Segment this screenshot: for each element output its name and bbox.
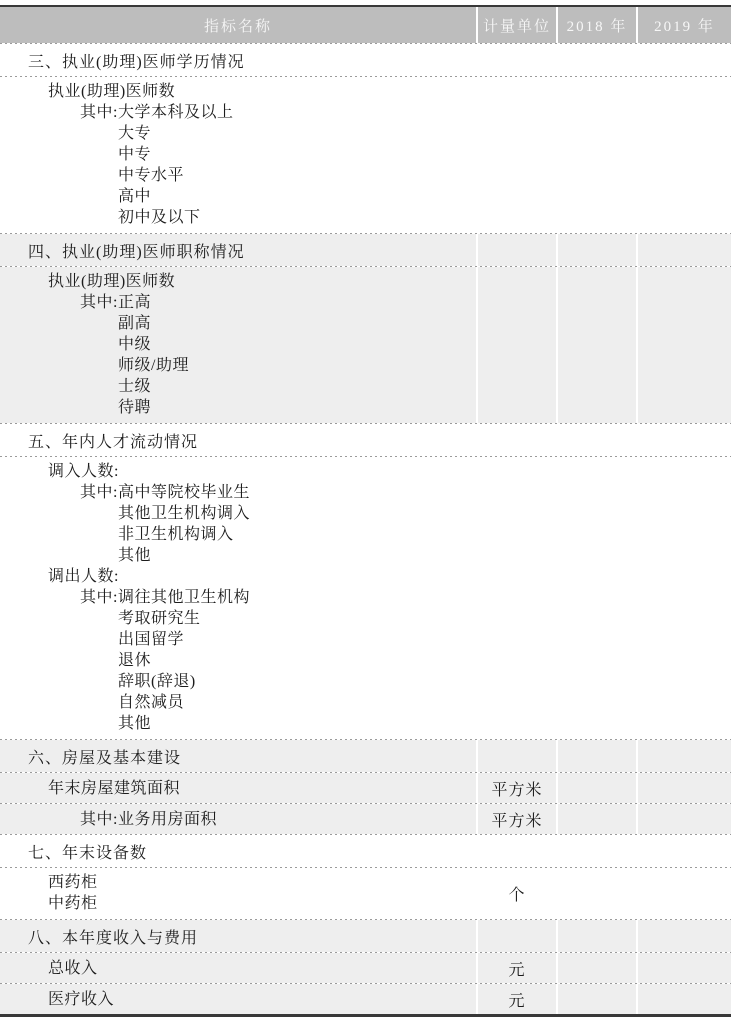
value-cell-2018 xyxy=(558,77,636,233)
unit-cell xyxy=(478,740,556,772)
header-cell-indicator-name: 指标名称 xyxy=(0,7,476,43)
indicator-line: 年末房屋建筑面积 xyxy=(0,778,180,799)
value-cell-2019 xyxy=(638,920,731,952)
section-title-row: 三、执业(助理)医师学历情况 xyxy=(0,44,731,76)
section-title-text: 五、年内人才流动情况 xyxy=(28,429,198,452)
indicator-line: 中专 xyxy=(0,144,476,165)
section-title-row: 四、执业(助理)医师职称情况 xyxy=(0,234,731,266)
section-title-cell: 五、年内人才流动情况 xyxy=(0,424,476,456)
value-cell-2019 xyxy=(638,457,731,739)
value-cell-2018 xyxy=(558,920,636,952)
value-cell-2019 xyxy=(638,804,731,834)
indicator-line: 其中:正高 xyxy=(0,292,476,313)
unit-text: 个 xyxy=(508,882,525,905)
indicator-cell: 年末房屋建筑面积 xyxy=(0,773,476,803)
section-title-cell: 七、年末设备数 xyxy=(0,835,476,867)
value-cell-2018 xyxy=(558,267,636,423)
value-cell-2019 xyxy=(638,953,731,983)
header-label: 2018 年 xyxy=(567,15,628,36)
indicator-cell: 调入人数:其中:高中等院校毕业生其他卫生机构调入非卫生机构调入其他调出人数:其中… xyxy=(0,457,476,739)
unit-cell: 个 xyxy=(478,868,556,919)
indicator-line: 辞职(辞退) xyxy=(0,671,476,692)
value-cell-2018 xyxy=(558,953,636,983)
section-title-cell: 三、执业(助理)医师学历情况 xyxy=(0,44,476,76)
unit-cell: 元 xyxy=(478,953,556,983)
indicator-line: 其他 xyxy=(0,545,476,566)
unit-cell xyxy=(478,424,556,456)
indicator-line: 其中:高中等院校毕业生 xyxy=(0,482,476,503)
indicator-line: 执业(助理)医师数 xyxy=(0,271,476,292)
unit-cell xyxy=(478,77,556,233)
header-cell-unit: 计量单位 xyxy=(478,7,556,43)
value-cell-2019 xyxy=(638,740,731,772)
section-title-cell: 六、房屋及基本建设 xyxy=(0,740,476,772)
unit-cell: 平方米 xyxy=(478,804,556,834)
section-title-cell: 八、本年度收入与费用 xyxy=(0,920,476,952)
header-label: 计量单位 xyxy=(483,15,551,36)
indicator-line: 非卫生机构调入 xyxy=(0,524,476,545)
section-title-row: 六、房屋及基本建设 xyxy=(0,740,731,772)
statistical-report-page: 指标名称 计量单位 2018 年 2019 年 三、执业(助理)医师学历情况执业… xyxy=(0,0,731,1018)
indicator-row: 其中:业务用房面积平方米 xyxy=(0,804,731,834)
section-title-row: 七、年末设备数 xyxy=(0,835,731,867)
value-cell-2019 xyxy=(638,984,731,1014)
indicator-line: 调出人数: xyxy=(0,566,476,587)
indicator-cell: 医疗收入 xyxy=(0,984,476,1014)
value-cell-2019 xyxy=(638,77,731,233)
unit-cell xyxy=(478,835,556,867)
indicator-line: 总收入 xyxy=(0,958,98,979)
unit-text: 元 xyxy=(508,957,525,980)
indicator-row: 调入人数:其中:高中等院校毕业生其他卫生机构调入非卫生机构调入其他调出人数:其中… xyxy=(0,457,731,739)
indicator-cell: 西药柜中药柜 xyxy=(0,868,476,919)
value-cell-2019 xyxy=(638,773,731,803)
indicator-line: 中药柜 xyxy=(0,893,476,914)
section-title-cell: 四、执业(助理)医师职称情况 xyxy=(0,234,476,266)
section-title-text: 六、房屋及基本建设 xyxy=(28,745,181,768)
unit-text: 平方米 xyxy=(491,777,542,800)
indicator-line: 其中:大学本科及以上 xyxy=(0,102,476,123)
section-title-text: 四、执业(助理)医师职称情况 xyxy=(28,239,245,262)
value-cell-2019 xyxy=(638,44,731,76)
indicator-line: 其他 xyxy=(0,713,476,734)
value-cell-2018 xyxy=(558,773,636,803)
indicator-row: 执业(助理)医师数其中:大学本科及以上大专中专中专水平高中初中及以下 xyxy=(0,77,731,233)
value-cell-2018 xyxy=(558,234,636,266)
indicator-row: 医疗收入元 xyxy=(0,984,731,1014)
indicator-line: 中专水平 xyxy=(0,165,476,186)
indicator-row: 执业(助理)医师数其中:正高副高中级师级/助理士级待聘 xyxy=(0,267,731,423)
indicator-cell: 执业(助理)医师数其中:正高副高中级师级/助理士级待聘 xyxy=(0,267,476,423)
indicator-cell: 总收入 xyxy=(0,953,476,983)
indicator-cell: 执业(助理)医师数其中:大学本科及以上大专中专中专水平高中初中及以下 xyxy=(0,77,476,233)
indicator-line: 退休 xyxy=(0,650,476,671)
unit-cell xyxy=(478,44,556,76)
indicator-line: 高中 xyxy=(0,186,476,207)
unit-text: 元 xyxy=(508,988,525,1011)
value-cell-2018 xyxy=(558,457,636,739)
unit-cell: 元 xyxy=(478,984,556,1014)
indicator-line: 副高 xyxy=(0,313,476,334)
unit-cell xyxy=(478,234,556,266)
section-title-row: 八、本年度收入与费用 xyxy=(0,920,731,952)
table-header-row: 指标名称 计量单位 2018 年 2019 年 xyxy=(0,7,731,43)
value-cell-2019 xyxy=(638,868,731,919)
section-title-text: 八、本年度收入与费用 xyxy=(28,925,198,948)
unit-cell xyxy=(478,267,556,423)
indicator-line: 自然减员 xyxy=(0,692,476,713)
unit-cell xyxy=(478,920,556,952)
value-cell-2018 xyxy=(558,804,636,834)
bottom-rule xyxy=(0,1014,731,1017)
indicator-row: 西药柜中药柜个 xyxy=(0,868,731,919)
indicator-line: 执业(助理)医师数 xyxy=(0,81,476,102)
indicator-line: 初中及以下 xyxy=(0,207,476,228)
indicator-row: 年末房屋建筑面积平方米 xyxy=(0,773,731,803)
indicator-line: 中级 xyxy=(0,334,476,355)
value-cell-2018 xyxy=(558,424,636,456)
indicator-line: 西药柜 xyxy=(0,872,476,893)
indicator-line: 大专 xyxy=(0,123,476,144)
value-cell-2018 xyxy=(558,44,636,76)
value-cell-2018 xyxy=(558,740,636,772)
unit-text: 平方米 xyxy=(491,808,542,831)
indicator-line: 师级/助理 xyxy=(0,355,476,376)
value-cell-2019 xyxy=(638,234,731,266)
indicator-line: 其中:业务用房面积 xyxy=(0,809,217,830)
unit-cell xyxy=(478,457,556,739)
indicator-line: 其中:调往其他卫生机构 xyxy=(0,587,476,608)
indicator-line: 其他卫生机构调入 xyxy=(0,503,476,524)
value-cell-2019 xyxy=(638,267,731,423)
header-cell-2019: 2019 年 xyxy=(638,7,731,43)
indicator-row: 总收入元 xyxy=(0,953,731,983)
header-label: 指标名称 xyxy=(204,15,272,36)
indicator-line: 待聘 xyxy=(0,397,476,418)
value-cell-2018 xyxy=(558,868,636,919)
value-cell-2019 xyxy=(638,424,731,456)
indicator-line: 出国留学 xyxy=(0,629,476,650)
section-title-text: 三、执业(助理)医师学历情况 xyxy=(28,49,245,72)
section-title-text: 七、年末设备数 xyxy=(28,840,147,863)
header-label: 2019 年 xyxy=(654,15,715,36)
value-cell-2018 xyxy=(558,984,636,1014)
value-cell-2018 xyxy=(558,835,636,867)
indicator-line: 医疗收入 xyxy=(0,989,114,1010)
section-title-row: 五、年内人才流动情况 xyxy=(0,424,731,456)
header-cell-2018: 2018 年 xyxy=(558,7,636,43)
indicator-line: 考取研究生 xyxy=(0,608,476,629)
indicator-cell: 其中:业务用房面积 xyxy=(0,804,476,834)
unit-cell: 平方米 xyxy=(478,773,556,803)
indicator-line: 士级 xyxy=(0,376,476,397)
value-cell-2019 xyxy=(638,835,731,867)
indicator-line: 调入人数: xyxy=(0,461,476,482)
table-body: 三、执业(助理)医师学历情况执业(助理)医师数其中:大学本科及以上大专中专中专水… xyxy=(0,44,731,1014)
